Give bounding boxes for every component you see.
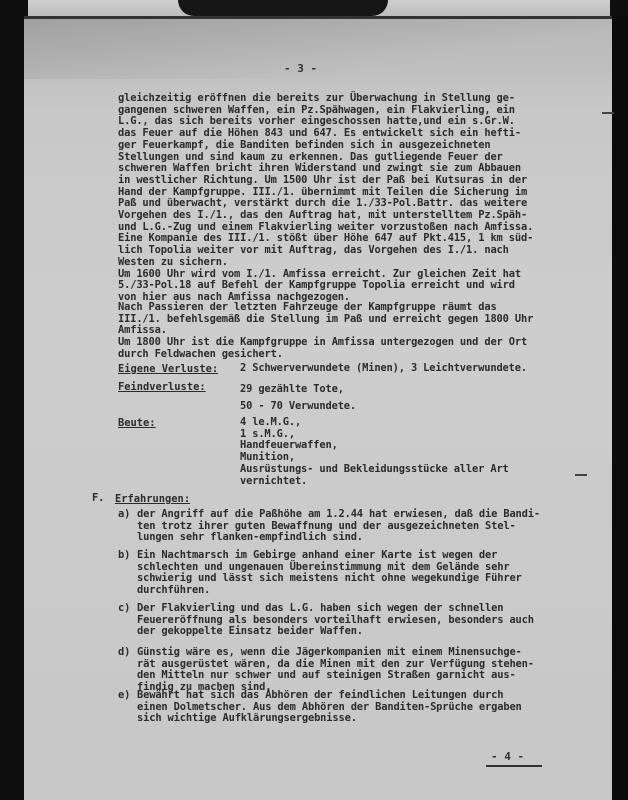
experience-marker: c)	[118, 603, 130, 615]
paragraph-1: gleichzeitig eröffnen die bereits zur Üb…	[118, 93, 533, 304]
page-number-bottom: - 4 -	[491, 750, 524, 763]
own-losses-label: Eigene Verluste:	[118, 363, 218, 375]
enemy-losses-label: Feindverluste:	[118, 381, 206, 393]
experience-item-text: der Angriff auf die Paßhöhe am 1.2.44 ha…	[137, 509, 540, 544]
booty-label: Beute:	[118, 417, 156, 429]
scan-top-strip	[28, 0, 610, 16]
margin-mark	[575, 474, 587, 476]
enemy-losses-values: 29 gezählte Tote, 50 - 70 Verwundete.	[240, 381, 356, 415]
section-f-prefix: F.	[92, 493, 104, 505]
page-number-underline	[486, 765, 542, 767]
experience-marker: a)	[118, 509, 130, 521]
booty-values: 4 le.M.G., 1 s.M.G., Handfeuerwaffen, Mu…	[240, 417, 509, 487]
section-f-heading: Erfahrungen:	[115, 493, 190, 505]
experience-item-text: Ein Nachtmarsch im Gebirge anhand einer …	[137, 550, 522, 597]
paragraph-2: Nach Passieren der letzten Fahrzeuge der…	[118, 302, 533, 361]
scan-right-edge	[612, 16, 628, 800]
experience-marker: e)	[118, 690, 130, 702]
experience-marker: b)	[118, 550, 130, 562]
experience-item-text: Der Flakvierling und das L.G. haben sich…	[137, 603, 534, 638]
page-number-top: - 3 -	[284, 62, 317, 75]
experience-item-text: Bewährt hat sich das Abhören der feindli…	[137, 690, 522, 725]
own-losses-value: 2 Schwerverwundete (Minen), 3 Leichtverw…	[240, 363, 527, 375]
experience-item-text: Günstig wäre es, wenn die Jägerkompanien…	[137, 647, 534, 694]
margin-mark	[602, 112, 614, 114]
experience-marker: d)	[118, 647, 130, 659]
